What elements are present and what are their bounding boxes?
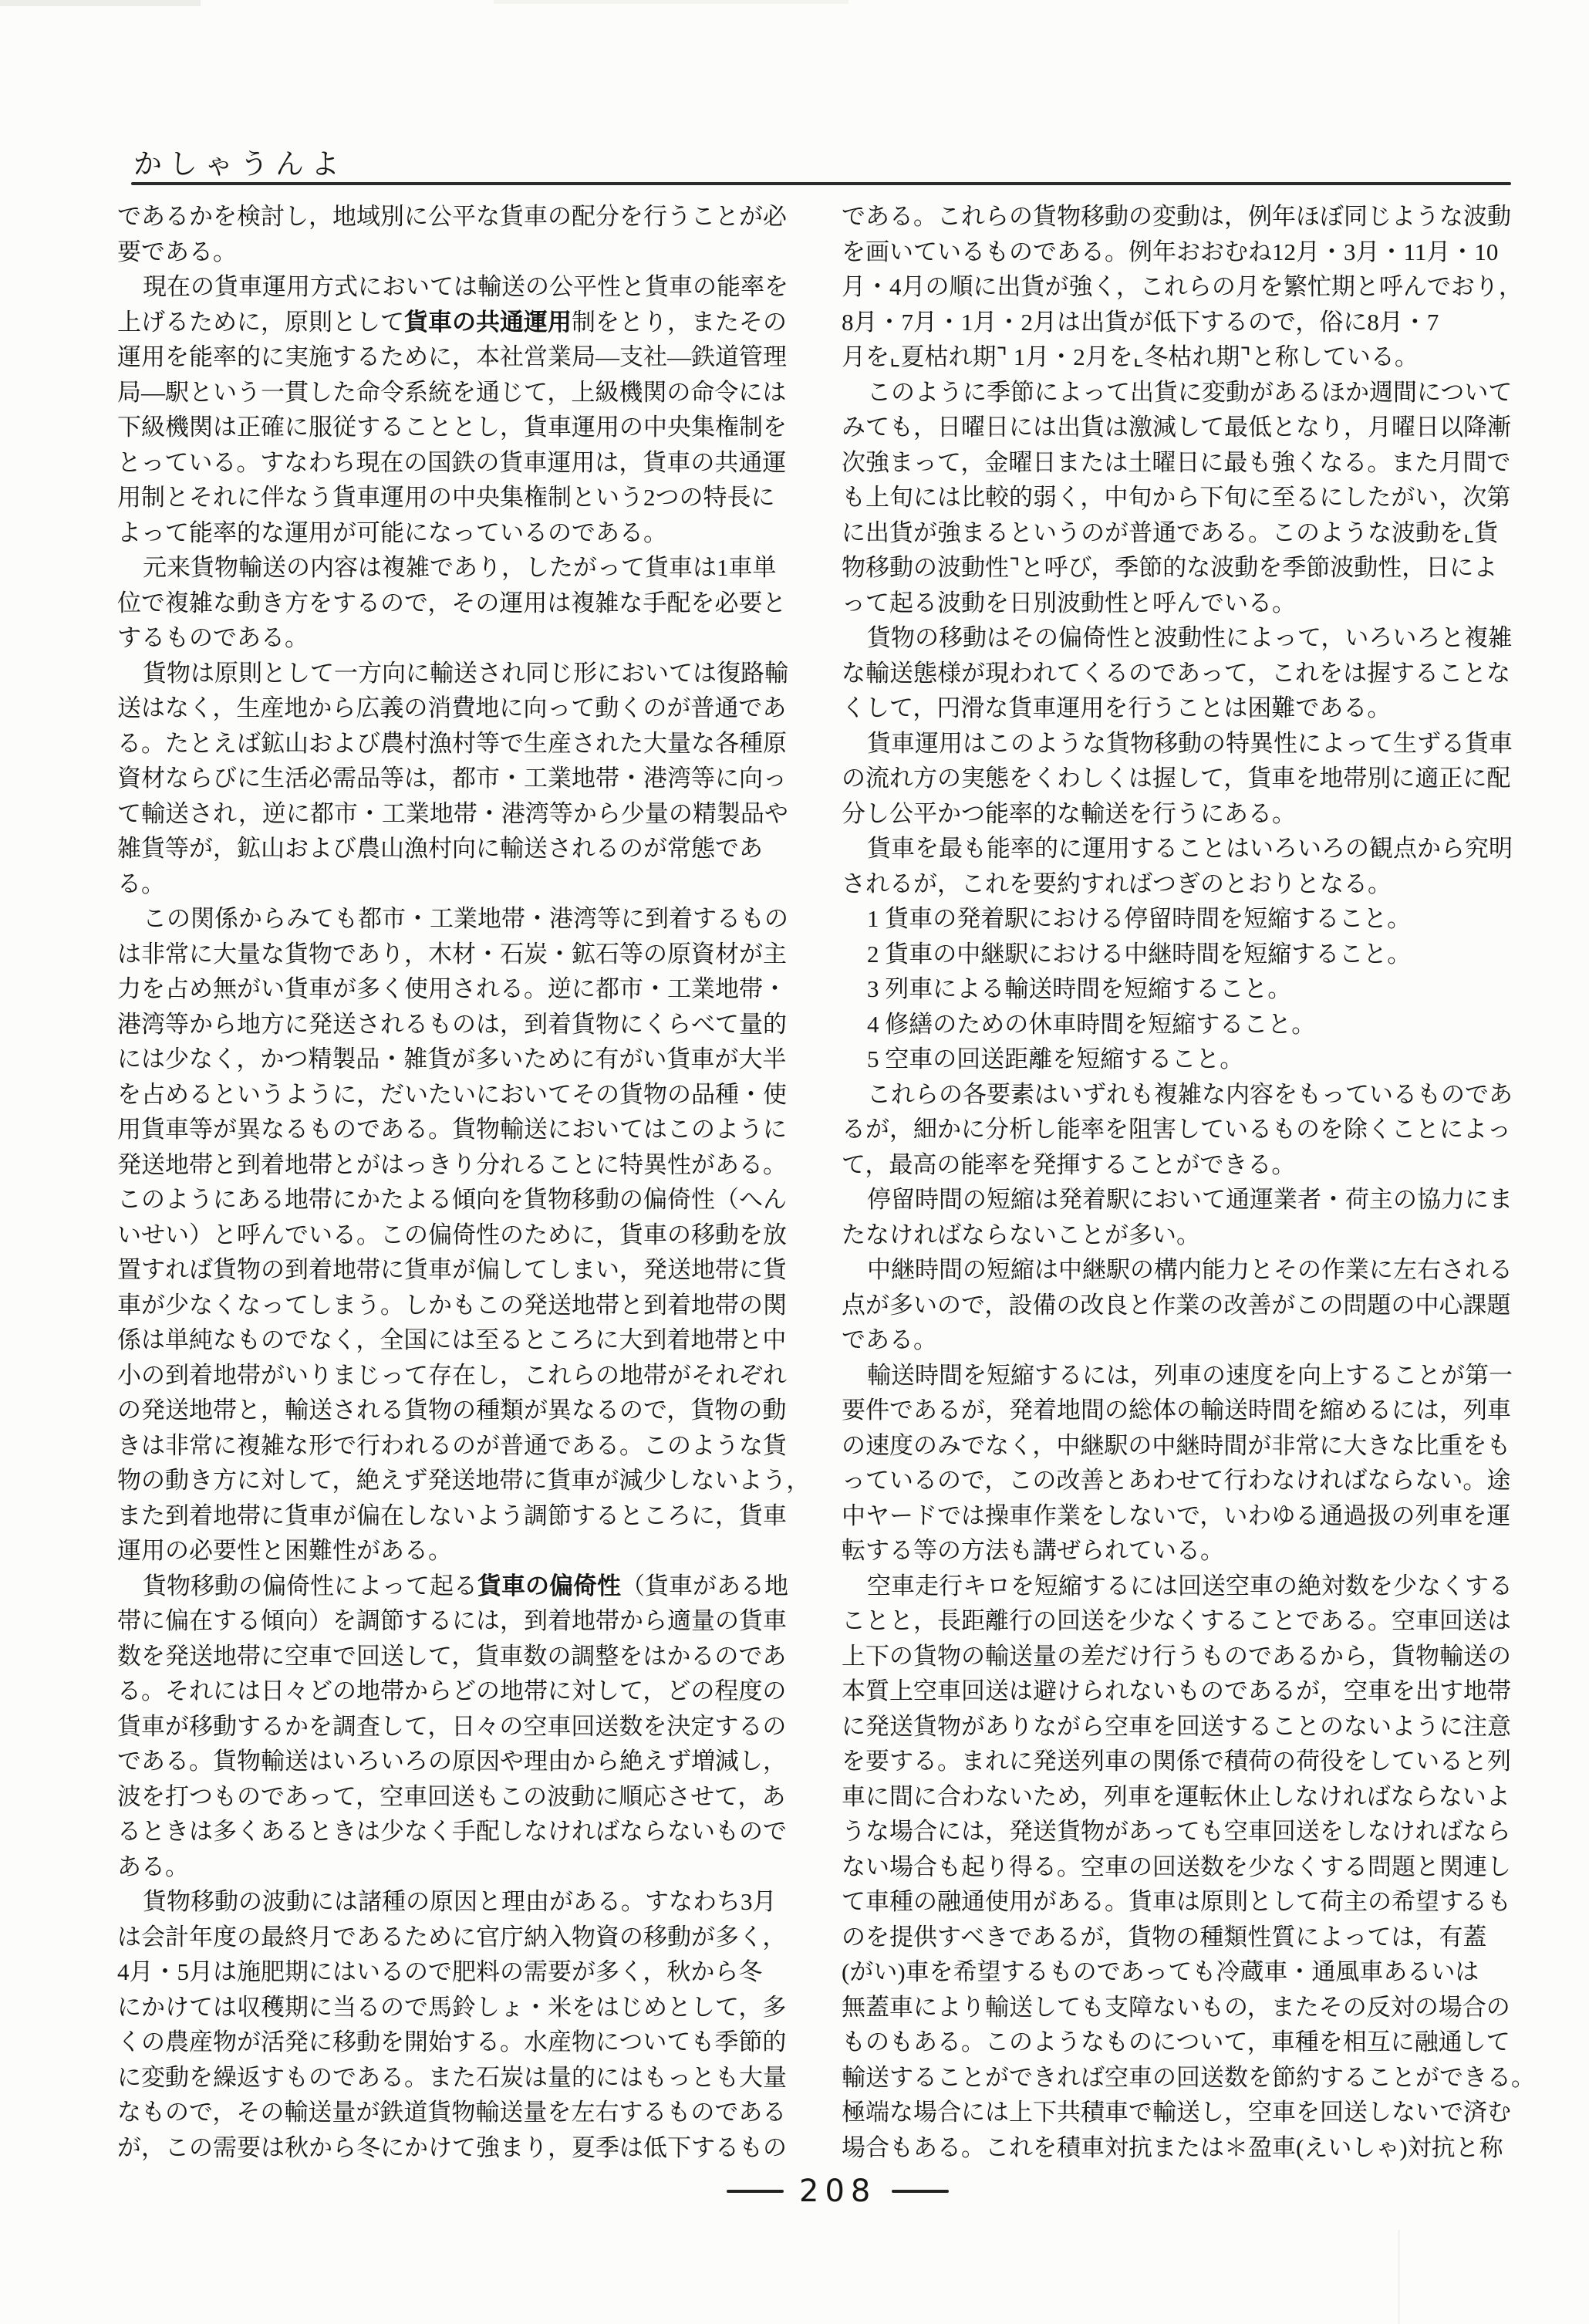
- text-line: 転する等の方法も講ぜられている。: [842, 1533, 1516, 1569]
- text-run: 送はなく，生産地から広義の消費地に向って動くのが普通であ: [117, 694, 786, 721]
- text-line: 上下の貨物の輸送量の差だけ行うものであるから，貨物輸送の: [842, 1639, 1516, 1674]
- text-line: 要件であるが，発着地間の総体の輸送時間を縮めるには，列車: [842, 1393, 1516, 1428]
- text-line: 点が多いので，設備の改良と作業の改善がこの問題の中心課題: [842, 1288, 1516, 1323]
- text-run: 係は単純なものでなく，全国には至るところに大到着地帯と中: [117, 1326, 786, 1353]
- text-run: 無蓋車により輸送しても支障ないもの，またその反対の場合の: [842, 1994, 1510, 2021]
- text-run: 波を打つものであって，空車回送もこの波動に順応させて，あ: [117, 1783, 785, 1810]
- text-run: る。それには日々どの地帯からどの地帯に対して，どの程度の: [117, 1677, 786, 1704]
- text-line: 用制とそれに伴なう貨車運用の中央集権制という2つの特長に: [117, 480, 787, 515]
- text-line: 輸送することができれば空車の回送数を節約することができる。: [842, 2060, 1516, 2096]
- text-run: 転する等の方法も講ぜられている。: [842, 1537, 1224, 1564]
- text-line: 3 列車による輸送時間を短縮すること。: [842, 971, 1516, 1007]
- text-line: 貨車を最も能率的に運用することはいろいろの観点から究明: [842, 831, 1516, 866]
- text-run: このように季節によって出貨に変動があるほか週間について: [867, 379, 1512, 406]
- text-run: ある。: [117, 1853, 189, 1880]
- text-line: る。: [117, 866, 787, 902]
- text-run: いせい）と呼んでいる。この偏倚性のために，貨車の移動を放: [117, 1221, 787, 1248]
- text-run: 次強まって，金曜日または土曜日に最も強くなる。また月間で: [842, 449, 1510, 476]
- text-run: るときは多くあるときは少なく手配しなければならないもので: [117, 1818, 787, 1845]
- text-run: る。たとえば鉱山および農村漁村等で生産された大量な各種原: [117, 730, 787, 757]
- footer: 208: [727, 2170, 949, 2213]
- text-line: である。: [842, 1322, 1516, 1358]
- text-run: とっている。すなわち現在の国鉄の貨車運用は，貨車の共通運: [117, 449, 786, 476]
- text-line: 上げるために，原則として貨車の共通運用制をとり，またその: [117, 305, 787, 340]
- text-line: を画いているものである。例年おおむね12月・3月・11月・10: [842, 235, 1516, 270]
- running-header-title: かしゃうんよ: [133, 140, 346, 182]
- text-run: 8月・7月・1月・2月は出貨が低下するので，俗に8月・7: [842, 309, 1439, 336]
- text-run: 運用の必要性と困難性がある。: [117, 1537, 452, 1564]
- text-line: この関係からみても都市・工業地帯・港湾等に到着するもの: [117, 901, 787, 937]
- text-line: 中継時間の短縮は中継駅の構内能力とその作業に左右される: [842, 1252, 1516, 1288]
- text-run: 小の到着地帯がいりまじって存在し，これらの地帯がそれぞれ: [117, 1362, 787, 1389]
- text-run: に発送貨物がありながら空車を回送することのないように注意: [842, 1713, 1511, 1740]
- text-run: 資材ならびに生活必需品等は，都市・工業地帯・港湾等に向っ: [117, 765, 787, 792]
- text-line: 運用を能率的に実施するために，本社営業局—支社—鉄道管理: [117, 339, 787, 375]
- text-run: には少なく，かつ精製品・雑貨が多いために有がい貨車が大半: [117, 1045, 786, 1072]
- text-line: 車が少なくなってしまう。しかもこの発送地帯と到着地帯の関: [117, 1288, 787, 1323]
- text-line: 物の動き方に対して，絶えず発送地帯に貨車が減少しないよう，: [117, 1463, 787, 1498]
- text-line: て，最高の能率を発揮することができる。: [842, 1147, 1516, 1183]
- text-line: 8月・7月・1月・2月は出貨が低下するので，俗に8月・7: [842, 305, 1516, 340]
- text-run: 要件であるが，発着地間の総体の輸送時間を縮めるには，列車: [842, 1397, 1511, 1424]
- text-run: の発送地帯と，輸送される貨物の種類が異なるので，貨物の動: [117, 1397, 786, 1424]
- text-run: 中継時間の短縮は中継駅の構内能力とその作業に左右される: [867, 1256, 1513, 1283]
- text-run: 貨物は原則として一方向に輸送され同じ形においては復路輸: [143, 660, 788, 687]
- text-run: にかけては収穫期に当るので馬鈴しょ・米をはじめとして，多: [117, 1994, 786, 2021]
- text-run: 物の動き方に対して，絶えず発送地帯に貨車が減少しないよう，: [117, 1467, 810, 1494]
- page-number: 208: [799, 2174, 876, 2209]
- text-run: この関係からみても都市・工業地帯・港湾等に到着するもの: [143, 905, 788, 932]
- text-line: 波を打つものであって，空車回送もこの波動に順応させて，あ: [117, 1779, 787, 1815]
- scan-artifact: [0, 0, 201, 6]
- text-line: のを提供すべきであるが，貨物の種類性質によっては，有蓋: [842, 1920, 1516, 1955]
- text-line: 貨物は原則として一方向に輸送され同じ形においては復路輸: [117, 656, 787, 691]
- text-line: きは非常に複雑な形で行われるのが普通である。このような貨: [117, 1428, 787, 1464]
- text-line: たなければならないことが多い。: [842, 1218, 1516, 1253]
- text-run: は会計年度の最終月であるために官庁納入物資の移動が多く，: [117, 1924, 786, 1951]
- text-line: であるかを検討し，地域別に公平な貨車の配分を行うことが必: [117, 199, 787, 235]
- text-line: 場合もある。これを積車対抗または＊盈車(えいしゃ)対抗と称: [842, 2130, 1516, 2166]
- text-run: 貨車を最も能率的に運用することはいろいろの観点から究明: [867, 835, 1513, 862]
- text-run: 場合もある。これを積車対抗または＊盈車(えいしゃ)対抗と称: [842, 2134, 1503, 2161]
- text-line: を要する。まれに発送列車の関係で積荷の荷役をしていると列: [842, 1744, 1516, 1779]
- text-line: 位で複雑な動き方をするので，その運用は複雑な手配を必要と: [117, 586, 787, 621]
- text-line: の発送地帯と，輸送される貨物の種類が異なるので，貨物の動: [117, 1393, 787, 1428]
- text-run: 上げるために，原則として: [117, 309, 404, 336]
- text-line: の速度のみでなく，中継駅の中継時間が非常に大きな比重をも: [842, 1428, 1516, 1464]
- text-line: これらの各要素はいずれも複雑な内容をもっているものであ: [842, 1077, 1516, 1113]
- text-line: る。たとえば鉱山および農村漁村等で生産された大量な各種原: [117, 726, 787, 762]
- text-run: っているので，この改善とあわせて行わなければならない。途: [842, 1467, 1510, 1494]
- text-run: ない場合も起り得る。空車の回送数を少なくする問題と関連し: [842, 1853, 1511, 1880]
- text-run: 貨車運用はこのような貨物移動の特異性によって生ずる貨車: [867, 730, 1513, 757]
- text-line: 空車走行キロを短縮するには回送空車の絶対数を少なくする: [842, 1569, 1516, 1604]
- text-run: 車に間に合わないため，列車を運転休止しなければならないよ: [842, 1783, 1510, 1810]
- text-line: 極端な場合には上下共積車で輸送し，空車を回送しないで済む: [842, 2095, 1516, 2130]
- text-line: 4月・5月は施肥期にはいるので肥料の需要が多く，秋から冬: [117, 1954, 787, 1990]
- page: { "header": { "title": "かしゃうんよ" }, "foot…: [0, 0, 1589, 2324]
- text-run: 元来貨物輸送の内容は複雑であり，したがって貨車は1車単: [143, 554, 777, 581]
- text-run: 力を占め無がい貨車が多く使用される。逆に都市・工業地帯・: [117, 975, 787, 1002]
- text-line: に変動を繰返すものである。また石炭は量的にはもっとも大量: [117, 2060, 787, 2096]
- text-line: って起る波動を日別波動性と呼んでいる。: [842, 586, 1516, 621]
- text-run: な輸送態様が現われてくるのであって，これをは握することな: [842, 660, 1510, 687]
- text-run: であるかを検討し，地域別に公平な貨車の配分を行うことが必: [117, 203, 787, 230]
- text-line: る。それには日々どの地帯からどの地帯に対して，どの程度の: [117, 1674, 787, 1709]
- text-run: 貨車が移動するかを調査して，日々の空車回送数を決定するの: [117, 1713, 786, 1740]
- text-run: (がい)車を希望するものであっても冷蔵車・通風車あるいは: [842, 1958, 1479, 1985]
- text-run: 物移動の波動性⌝と呼び，季節的な波動を季節波動性，日によ: [842, 554, 1497, 581]
- text-run: である。: [842, 1326, 937, 1353]
- text-run: 輸送することができれば空車の回送数を節約することができる。: [842, 2064, 1535, 2091]
- text-run: くの農産物が活発に移動を開始する。水産物についても季節的: [117, 2028, 786, 2055]
- text-run: これらの各要素はいずれも複雑な内容をもっているものであ: [867, 1081, 1513, 1108]
- text-run: きは非常に複雑な形で行われるのが普通である。このような貨: [117, 1432, 787, 1459]
- text-line: するものである。: [117, 620, 787, 656]
- text-run: に出貨が強まるというのが普通である。このような波動を⌞貨: [842, 519, 1499, 546]
- text-line: 中ヤードでは操車作業をしないで，いわゆる通過扱の列車を運: [842, 1498, 1516, 1534]
- text-run: 月を⌞夏枯れ期⌝ 1月・2月を⌞冬枯れ期⌝と称している。: [842, 343, 1419, 370]
- text-run: 貨物移動の波動には諸種の原因と理由がある。すなわち3月: [143, 1888, 777, 1915]
- text-line: よって能率的な運用が可能になっているのである。: [117, 515, 787, 551]
- text-run: 貨物移動の偏倚性によって起る: [143, 1572, 477, 1599]
- text-line: ない場合も起り得る。空車の回送数を少なくする問題と関連し: [842, 1849, 1516, 1885]
- text-run: 位で複雑な動き方をするので，その運用は複雑な手配を必要と: [117, 589, 786, 616]
- text-run: 点が多いので，設備の改良と作業の改善がこの問題の中心課題: [842, 1292, 1510, 1319]
- text-line: 車に間に合わないため，列車を運転休止しなければならないよ: [842, 1779, 1516, 1815]
- text-line: 置すれば貨物の到着地帯に貨車が偏してしまい，発送地帯に貨: [117, 1252, 787, 1288]
- text-run: のを提供すべきであるが，貨物の種類性質によっては，有蓋: [842, 1924, 1486, 1951]
- text-line: 数を発送地帯に空車で回送して，貨車数の調整をはかるのであ: [117, 1639, 787, 1674]
- text-run: 1 貨車の発着駅における停留時間を短縮すること。: [867, 905, 1411, 932]
- text-line: 運用の必要性と困難性がある。: [117, 1533, 787, 1569]
- text-run: 本質上空車回送は避けられないものであるが，空車を出す地帯: [842, 1677, 1511, 1704]
- text-run: （貨車がある地: [621, 1572, 788, 1599]
- text-run: 制をとり，またその: [572, 309, 787, 336]
- text-run: なもので，その輸送量が鉄道貨物輸送量を左右するものである: [117, 2099, 786, 2126]
- text-run: 数を発送地帯に空車で回送して，貨車数の調整をはかるのであ: [117, 1643, 786, 1670]
- text-run: 用貨車等が異なるものである。貨物輸送においてはこのように: [117, 1116, 787, 1143]
- text-line: なもので，その輸送量が鉄道貨物輸送量を左右するものである: [117, 2095, 787, 2130]
- header-rule: [131, 182, 1511, 185]
- text-line: 送はなく，生産地から広義の消費地に向って動くのが普通であ: [117, 691, 787, 726]
- text-run: 中ヤードでは操車作業をしないで，いわゆる通過扱の列車を運: [842, 1502, 1510, 1529]
- text-line: 要である。: [117, 235, 787, 270]
- text-line: 港湾等から地方に発送されるものは，到着貨物にくらべて量的: [117, 1007, 787, 1042]
- text-run: 要である。: [117, 238, 237, 265]
- text-line: いせい）と呼んでいる。この偏倚性のために，貨車の移動を放: [117, 1218, 787, 1253]
- text-run: するものである。: [117, 624, 309, 651]
- footer-rule-right: [892, 2190, 949, 2193]
- text-column-right: である。これらの貨物移動の変動は，例年ほぼ同じような波動を画いているものである。…: [842, 199, 1516, 2165]
- text-run: 置すれば貨物の到着地帯に貨車が偏してしまい，発送地帯に貨: [117, 1256, 787, 1283]
- text-run: 2 貨車の中継駅における中継時間を短縮すること。: [867, 941, 1411, 968]
- text-line: このように季節によって出貨に変動があるほか週間について: [842, 375, 1516, 410]
- text-line: 帯に偏在する傾向）を調節するには，到着地帯から適量の貨車: [117, 1603, 787, 1639]
- text-line: るときは多くあるときは少なく手配しなければならないもので: [117, 1814, 787, 1849]
- text-run: も上旬には比較的弱く，中旬から下旬に至るにしたがい，次第: [842, 484, 1510, 511]
- text-line: (がい)車を希望するものであっても冷蔵車・通風車あるいは: [842, 1954, 1516, 1990]
- text-run: るが，細かに分析し能率を阻害しているものを除くことによっ: [842, 1116, 1511, 1143]
- text-line: は非常に大量な貨物であり，木材・石炭・鉱石等の原資材が主: [117, 937, 787, 972]
- text-run: 4 修繕のための休車時間を短縮すること。: [867, 1011, 1315, 1038]
- text-line: 本質上空車回送は避けられないものであるが，空車を出す地帯: [842, 1674, 1516, 1709]
- text-run: 4月・5月は施肥期にはいるので肥料の需要が多く，秋から冬: [117, 1958, 762, 1985]
- text-run: たなければならないことが多い。: [842, 1221, 1200, 1248]
- text-line: は会計年度の最終月であるために官庁納入物資の移動が多く，: [117, 1920, 787, 1955]
- text-run: である。貨物輸送はいろいろの原因や理由から絶えず増減し，: [117, 1748, 787, 1775]
- text-line: を占めるというように，だいたいにおいてその貨物の品種・使: [117, 1077, 787, 1113]
- text-run: 貨物の移動はその偏倚性と波動性によって，いろいろと複雑: [867, 624, 1512, 651]
- text-line: されるが，これを要約すればつぎのとおりとなる。: [842, 866, 1516, 902]
- text-run: くして，円滑な貨車運用を行うことは困難である。: [842, 694, 1391, 721]
- text-run: ものもある。このようなものについて，車種を相互に融通して: [842, 2028, 1510, 2055]
- text-run: に変動を繰返すものである。また石炭は量的にはもっとも大量: [117, 2064, 787, 2091]
- text-run: 輸送時間を短縮するには，列車の速度を向上することが第一: [867, 1362, 1513, 1389]
- text-line: くして，円滑な貨車運用を行うことは困難である。: [842, 691, 1516, 726]
- text-line: るが，細かに分析し能率を阻害しているものを除くことによっ: [842, 1112, 1516, 1147]
- text-line: 貨車が移動するかを調査して，日々の空車回送数を決定するの: [117, 1709, 787, 1745]
- text-line: とっている。すなわち現在の国鉄の貨車運用は，貨車の共通運: [117, 445, 787, 481]
- text-column-left: であるかを検討し，地域別に公平な貨車の配分を行うことが必要である。現在の貨車運用…: [117, 199, 787, 2165]
- text-run: 5 空車の回送距離を短縮すること。: [867, 1045, 1243, 1072]
- text-line: 分し公平かつ能率的な輸送を行うにある。: [842, 796, 1516, 832]
- text-line: 現在の貨車運用方式においては輸送の公平性と貨車の能率を: [117, 269, 787, 305]
- text-run: である。これらの貨物移動の変動は，例年ほぼ同じような波動: [842, 203, 1511, 230]
- text-run: 発送地帯と到着地帯とがはっきり分れることに特異性がある。: [117, 1151, 787, 1178]
- text-run: 極端な場合には上下共積車で輸送し，空車を回送しないで済む: [842, 2099, 1511, 2126]
- text-line: である。これらの貨物移動の変動は，例年ほぼ同じような波動: [842, 199, 1516, 235]
- text-run: ことと，長距離行の回送を少なくすることである。空車回送は: [842, 1607, 1511, 1634]
- text-run: 局—駅という一貫した命令系統を通じて，上級機関の命令には: [117, 379, 786, 406]
- text-line: の流れ方の実態をくわしくは握して，貨車を地帯別に適正に配: [842, 761, 1516, 796]
- text-run: 車が少なくなってしまう。しかもこの発送地帯と到着地帯の関: [117, 1292, 787, 1319]
- text-line: みても，日曜日には出貨は激減して最低となり，月曜日以降漸: [842, 410, 1516, 445]
- text-run: 上下の貨物の輸送量の差だけ行うものであるから，貨物輸送の: [842, 1643, 1511, 1670]
- text-line: っているので，この改善とあわせて行わなければならない。途: [842, 1463, 1516, 1498]
- footer-rule-left: [727, 2190, 784, 2193]
- text-line: にかけては収穫期に当るので馬鈴しょ・米をはじめとして，多: [117, 1990, 787, 2025]
- text-line: また到着地帯に貨車が偏在しないよう調節するところに，貨車: [117, 1498, 787, 1534]
- text-line: である。貨物輸送はいろいろの原因や理由から絶えず増減し，: [117, 1744, 787, 1779]
- text-line: 無蓋車により輸送しても支障ないもの，またその反対の場合の: [842, 1990, 1516, 2025]
- text-line: ある。: [117, 1849, 787, 1885]
- text-run: 雑貨等が，鉱山および農山漁村向に輸送されるのが常態であ: [117, 835, 763, 862]
- text-line: 下級機関は正確に服従することとし，貨車運用の中央集権制を: [117, 410, 787, 445]
- text-line: 貨物の移動はその偏倚性と波動性によって，いろいろと複雑: [842, 620, 1516, 656]
- text-line: 貨物移動の波動には諸種の原因と理由がある。すなわち3月: [117, 1884, 787, 1920]
- text-line: ことと，長距離行の回送を少なくすることである。空車回送は: [842, 1603, 1516, 1639]
- text-line: 貨物移動の偏倚性によって起る貨車の偏倚性（貨車がある地: [117, 1569, 787, 1604]
- text-run: る。: [117, 870, 165, 897]
- text-run: 帯に偏在する傾向）を調節するには，到着地帯から適量の貨車: [117, 1607, 787, 1634]
- text-run: を画いているものである。例年おおむね12月・3月・11月・10: [842, 238, 1498, 265]
- text-run: を要する。まれに発送列車の関係で積荷の荷役をしていると列: [842, 1748, 1511, 1775]
- text-run: て，最高の能率を発揮することができる。: [842, 1151, 1295, 1178]
- text-line: が，この需要は秋から冬にかけて強まり，夏季は低下するもの: [117, 2130, 787, 2166]
- text-line: 4 修繕のための休車時間を短縮すること。: [842, 1007, 1516, 1042]
- text-line: 輸送時間を短縮するには，列車の速度を向上することが第一: [842, 1358, 1516, 1393]
- text-run: みても，日曜日には出貨は激減して最低となり，月曜日以降漸: [842, 414, 1511, 441]
- text-run: の速度のみでなく，中継駅の中継時間が非常に大きな比重をも: [842, 1432, 1510, 1459]
- text-run: 分し公平かつ能率的な輸送を行うにある。: [842, 800, 1296, 827]
- text-line: に発送貨物がありながら空車を回送することのないように注意: [842, 1709, 1516, 1745]
- text-run: 港湾等から地方に発送されるものは，到着貨物にくらべて量的: [117, 1011, 787, 1038]
- text-line: 小の到着地帯がいりまじって存在し，これらの地帯がそれぞれ: [117, 1358, 787, 1393]
- text-line: には少なく，かつ精製品・雑貨が多いために有がい貨車が大半: [117, 1042, 787, 1077]
- text-run: また到着地帯に貨車が偏在しないよう調節するところに，貨車: [117, 1502, 787, 1529]
- text-line: 係は単純なものでなく，全国には至るところに大到着地帯と中: [117, 1322, 787, 1358]
- text-line: 月・4月の順に出貨が強く，これらの月を繁忙期と呼んでおり，: [842, 269, 1516, 305]
- text-run: されるが，これを要約すればつぎのとおりとなる。: [842, 870, 1392, 897]
- text-line: 2 貨車の中継駅における中継時間を短縮すること。: [842, 937, 1516, 972]
- text-line: に出貨が強まるというのが普通である。このような波動を⌞貨: [842, 515, 1516, 551]
- bold-term: 貨車の偏倚性: [477, 1572, 621, 1600]
- text-run: 月・4月の順に出貨が強く，これらの月を繁忙期と呼んでおり，: [842, 273, 1523, 300]
- text-line: 発送地帯と到着地帯とがはっきり分れることに特異性がある。: [117, 1147, 787, 1183]
- text-line: 力を占め無がい貨車が多く使用される。逆に都市・工業地帯・: [117, 971, 787, 1007]
- text-line: 停留時間の短縮は発着駅において通運業者・荷主の協力にま: [842, 1182, 1516, 1218]
- bold-term: 貨車の共通運用: [404, 309, 572, 336]
- text-run: このようにある地帯にかたよる傾向を貨物移動の偏倚性（へん: [117, 1186, 787, 1213]
- text-line: 局—駅という一貫した命令系統を通じて，上級機関の命令には: [117, 375, 787, 410]
- text-run: の流れ方の実態をくわしくは握して，貨車を地帯別に適正に配: [842, 765, 1510, 792]
- text-run: は非常に大量な貨物であり，木材・石炭・鉱石等の原資材が主: [117, 941, 787, 968]
- text-run: が，この需要は秋から冬にかけて強まり，夏季は低下するもの: [117, 2134, 787, 2161]
- scan-artifact: [494, 0, 848, 4]
- text-line: 次強まって，金曜日または土曜日に最も強くなる。また月間で: [842, 445, 1516, 481]
- text-run: 空車走行キロを短縮するには回送空車の絶対数を少なくする: [867, 1572, 1513, 1599]
- text-run: 運用を能率的に実施するために，本社営業局—支社—鉄道管理: [117, 343, 787, 370]
- text-line: 月を⌞夏枯れ期⌝ 1月・2月を⌞冬枯れ期⌝と称している。: [842, 339, 1516, 375]
- text-line: て輸送され，逆に都市・工業地帯・港湾等から少量の精製品や: [117, 796, 787, 832]
- text-run: 3 列車による輸送時間を短縮すること。: [867, 975, 1291, 1002]
- scan-artifact: [1398, 2230, 1400, 2324]
- text-run: よって能率的な運用が可能になっているのである。: [117, 519, 667, 546]
- text-line: 用貨車等が異なるものである。貨物輸送においてはこのように: [117, 1112, 787, 1147]
- text-line: な輸送態様が現われてくるのであって，これをは握することな: [842, 656, 1516, 691]
- text-run: て輸送され，逆に都市・工業地帯・港湾等から少量の精製品や: [117, 800, 788, 827]
- text-line: 資材ならびに生活必需品等は，都市・工業地帯・港湾等に向っ: [117, 761, 787, 796]
- text-run: 現在の貨車運用方式においては輸送の公平性と貨車の能率を: [143, 273, 788, 300]
- text-run: て車種の融通使用がある。貨車は原則として荷主の希望するも: [842, 1888, 1511, 1915]
- text-line: 1 貨車の発着駅における停留時間を短縮すること。: [842, 901, 1516, 937]
- text-line: も上旬には比較的弱く，中旬から下旬に至るにしたがい，次第: [842, 480, 1516, 515]
- text-run: って起る波動を日別波動性と呼んでいる。: [842, 589, 1296, 616]
- text-line: て車種の融通使用がある。貨車は原則として荷主の希望するも: [842, 1884, 1516, 1920]
- text-line: このようにある地帯にかたよる傾向を貨物移動の偏倚性（へん: [117, 1182, 787, 1218]
- text-line: 5 空車の回送距離を短縮すること。: [842, 1042, 1516, 1077]
- text-run: 停留時間の短縮は発着駅において通運業者・荷主の協力にま: [867, 1186, 1513, 1213]
- text-line: くの農産物が活発に移動を開始する。水産物についても季節的: [117, 2025, 787, 2060]
- text-run: 用制とそれに伴なう貨車運用の中央集権制という2つの特長に: [117, 484, 775, 511]
- text-line: うな場合には，発送貨物があっても空車回送をしなければなら: [842, 1814, 1516, 1849]
- text-run: うな場合には，発送貨物があっても空車回送をしなければなら: [842, 1818, 1511, 1845]
- text-run: を占めるというように，だいたいにおいてその貨物の品種・使: [117, 1081, 787, 1108]
- text-line: ものもある。このようなものについて，車種を相互に融通して: [842, 2025, 1516, 2060]
- text-run: 下級機関は正確に服従することとし，貨車運用の中央集権制を: [117, 414, 787, 441]
- text-line: 雑貨等が，鉱山および農山漁村向に輸送されるのが常態であ: [117, 831, 787, 866]
- text-line: 貨車運用はこのような貨物移動の特異性によって生ずる貨車: [842, 726, 1516, 762]
- text-line: 元来貨物輸送の内容は複雑であり，したがって貨車は1車単: [117, 550, 787, 586]
- text-line: 物移動の波動性⌝と呼び，季節的な波動を季節波動性，日によ: [842, 550, 1516, 586]
